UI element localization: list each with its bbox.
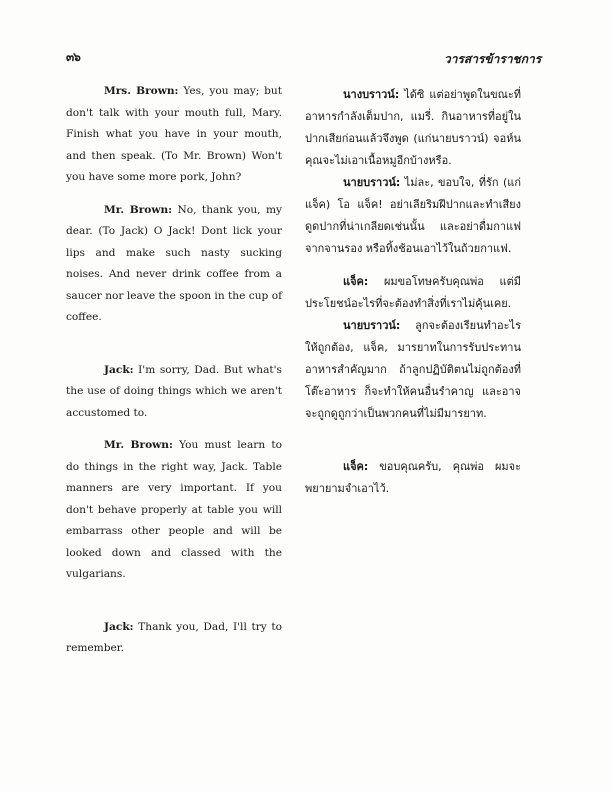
speaker-label: Mr. Brown:	[104, 204, 172, 216]
speaker-label: Mrs. Brown:	[104, 85, 178, 97]
speaker-label: นางบราวน์:	[343, 88, 399, 101]
dialogue-paragraph: Jack: Thank you, Dad, I'll try to rememb…	[66, 617, 282, 660]
dialogue-text: No, thank you, my dear. (To Jack) O Jack…	[66, 204, 282, 324]
dialogue-text: Yes, you may; but don't talk with your m…	[66, 85, 282, 183]
english-column: Mrs. Brown: Yes, you may; but don't talk…	[66, 81, 282, 660]
dialogue-paragraph: นายบราวน์: ลูกจะต้องเรียนทำอะไรให้ถูกต้อ…	[305, 315, 521, 425]
dialogue-text: ลูกจะต้องเรียนทำอะไรให้ถูกต้อง, แจ็ค, มา…	[305, 319, 521, 420]
dialogue-paragraph: Mr. Brown: No, thank you, my dear. (To J…	[66, 200, 282, 329]
document-page: ๓๖ วารสารข้าราชการ Mrs. Brown: Yes, you …	[0, 0, 612, 792]
speaker-label: Jack:	[104, 364, 134, 376]
dialogue-paragraph: Mr. Brown: You must learn to do things i…	[66, 435, 282, 586]
dialogue-paragraph: นางบราวน์: ได้ซิ แต่อย่าพูดในขณะที่อาหาร…	[305, 84, 521, 172]
speaker-label: แจ็ค:	[343, 460, 368, 473]
speaker-label: นายบราวน์:	[343, 176, 400, 189]
speaker-label: Jack:	[104, 621, 134, 633]
speaker-label: Mr. Brown:	[104, 439, 173, 451]
dialogue-paragraph: แจ็ค: ขอบคุณครับ, คุณพ่อ ผมจะพยายามจำเอา…	[305, 456, 521, 500]
dialogue-paragraph: นายบราวน์: ไม่ละ, ขอบใจ, ที่รัก (แก่แจ็ค…	[305, 172, 521, 260]
dialogue-text: You must learn to do things in the right…	[66, 439, 282, 580]
thai-column: นางบราวน์: ได้ซิ แต่อย่าพูดในขณะที่อาหาร…	[305, 84, 521, 500]
dialogue-text: ไม่ละ, ขอบใจ, ที่รัก (แก่แจ็ค) โอ แจ็ค! …	[305, 176, 521, 255]
dialogue-paragraph: แจ็ค: ผมขอโทษครับคุณพ่อ แต่มีประโยชน์อะไ…	[305, 271, 521, 315]
dialogue-paragraph: Jack: I'm sorry, Dad. But what's the use…	[66, 360, 282, 425]
dialogue-text: Thank you, Dad, I'll try to remember.	[66, 621, 282, 655]
speaker-label: นายบราวน์:	[343, 319, 400, 332]
dialogue-paragraph: Mrs. Brown: Yes, you may; but don't talk…	[66, 81, 282, 189]
dialogue-text: ได้ซิ แต่อย่าพูดในขณะที่อาหารกำลังเต็มปา…	[305, 88, 521, 167]
running-head: วารสารข้าราชการ	[444, 50, 541, 69]
speaker-label: แจ็ค:	[343, 275, 368, 288]
page-number: ๓๖	[66, 48, 80, 67]
dialogue-text: ผมขอโทษครับคุณพ่อ แต่มีประโยชน์อะไรที่จะ…	[305, 275, 521, 310]
dialogue-text: ขอบคุณครับ, คุณพ่อ ผมจะพยายามจำเอาไว้.	[305, 460, 521, 495]
dialogue-text: I'm sorry, Dad. But what's the use of do…	[66, 364, 282, 419]
